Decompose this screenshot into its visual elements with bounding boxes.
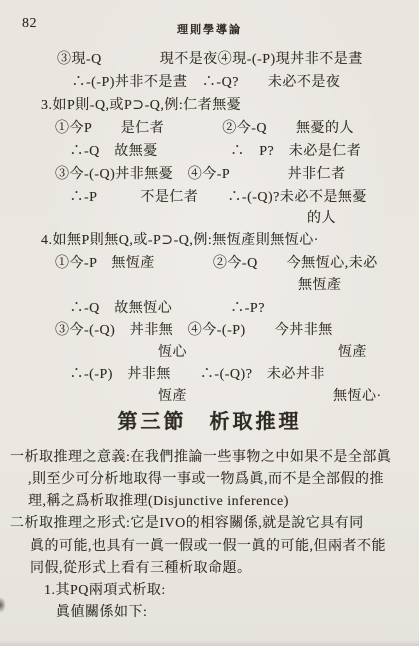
formula-line: ③今-(-Q)丼非無憂 ④今-P 丼非仁者 [55, 163, 346, 183]
rule-4-line: 4.如無P則無Q,或-P⊃-Q,例:無恆產則無恆心· [41, 229, 319, 249]
meaning-paragraph-line: ,則至少可分析地取得一事或一物爲眞,而不是全部假的推 [28, 468, 384, 488]
pq-two-term-line: 1.其PQ兩項式析取: [44, 579, 166, 599]
formula-line: ∴-Q 故無恆心 ∴-P? [55, 297, 265, 317]
formula-line: ①今P 是仁者 ②今-Q 無憂的人 [55, 117, 354, 137]
formula-line: ③今-(-Q) 丼非無 ④今-(-P) 今丼非無 [55, 319, 333, 339]
formula-continuation: 無恆產 [298, 274, 342, 294]
form-paragraph-line: 二析取推理之形式:它是IVO的相容關係,就是說它具有同 [10, 512, 364, 532]
formula-continuation: 恆產 [338, 341, 367, 361]
formula-line: ∴-P 不是仁者 ∴-(-Q)?未必不是無憂 [55, 186, 367, 206]
rule-3-line: 3.如P則-Q,或P⊃-Q,例:仁者無憂 [41, 94, 241, 114]
formula-line: ∴-(-P)丼非不是晝 ∴-Q? 未必不是夜 [57, 71, 340, 91]
formula-continuation: 的人 [307, 207, 336, 227]
meaning-paragraph-line: 理,稱之爲析取推理(Disjunctive inference) [28, 490, 289, 510]
section-heading: 第三節 析取推理 [0, 405, 419, 434]
formula-line: ③現-Q 現不是夜④現-(-P)現丼非不是晝 [57, 48, 363, 68]
running-title: 理則學導論 [0, 21, 419, 37]
formula-continuation: 無恆心· [333, 385, 382, 405]
meaning-paragraph-line: 一析取推理之意義:在我們推論一些事物之中如果不是全部眞 [10, 446, 391, 466]
scan-edge-shadow [0, 640, 419, 646]
form-paragraph-line: 眞的可能,也具有一眞一假或一假一眞的可能,但兩者不能 [30, 535, 386, 555]
truth-relation-line: 眞値關係如下: [56, 601, 147, 621]
scan-smudge [0, 597, 6, 613]
formula-line: ∴-(-P) 丼非無 ∴-(-Q)? 未必丼非 [55, 363, 325, 383]
formula-line: ∴-Q 故無憂 ∴ P? 未必是仁者 [55, 140, 361, 160]
formula-continuation: 恆心 [158, 341, 187, 361]
formula-line: ①今-P 無恆產 ②今-Q 今無恆心,未必 [55, 252, 378, 272]
scanned-book-page: 82 理則學導論 ③現-Q 現不是夜④現-(-P)現丼非不是晝 ∴-(-P)丼非… [0, 0, 419, 646]
form-paragraph-line: 同假,從形式上看有三種析取命題。 [30, 557, 252, 577]
formula-continuation: 恆產 [158, 385, 187, 405]
